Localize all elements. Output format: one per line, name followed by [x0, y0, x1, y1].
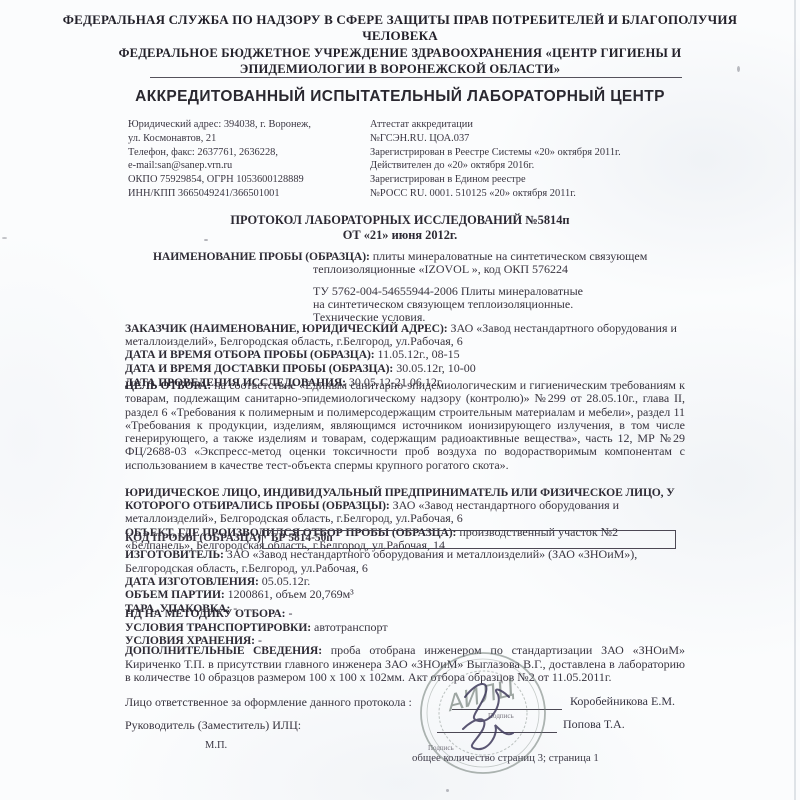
signature-caption: Подпись [488, 712, 514, 720]
header-separator-line [150, 77, 682, 78]
sample-code-label: КОД ПРОБЫ (ОБРАЗЦА) [125, 531, 261, 544]
sample-name-block: НАИМЕНОВАНИЕ ПРОБЫ (ОБРАЗЦА): плиты мине… [125, 250, 685, 325]
header-institution: ФЕДЕРАЛЬНОЕ БЮДЖЕТНОЕ УЧРЕЖДЕНИЕ ЗДРАВОО… [60, 46, 740, 77]
accreditation-line: Зарегистрирован в Едином реестре [370, 173, 710, 187]
sample-code-row: КОД ПРОБЫ (ОБРАЗЦА) БР 5814-50п [125, 530, 685, 548]
seal-place-mark: М.П. [205, 740, 227, 751]
protocol-title-block: ПРОТОКОЛ ЛАБОРАТОРНЫХ ИССЛЕДОВАНИЙ №5814… [60, 213, 740, 243]
address-line: Юридический адрес: 394038, г. Воронеж, [128, 118, 353, 132]
accreditation-line: Аттестат аккредитации [370, 118, 710, 132]
field-row: ЗАКАЗЧИК (НАИМЕНОВАНИЕ, ЮРИДИЧЕСКИЙ АДРЕ… [125, 322, 685, 348]
address-line: e-mail:san@sanep.vrn.ru [128, 159, 353, 173]
responsible-person-name: Коробейникова Е.М. [570, 694, 675, 709]
sample-name-label: НАИМЕНОВАНИЕ ПРОБЫ (ОБРАЗЦА): [153, 250, 370, 263]
signature-line [452, 709, 562, 710]
accreditation-line: №ГСЭН.RU. ЦОА.037 [370, 132, 710, 146]
manufacturer-block: ИЗГОТОВИТЕЛЬ: ЗАО «Завод нестандартного … [125, 548, 685, 616]
field-row: ИЗГОТОВИТЕЛЬ: ЗАО «Завод нестандартного … [125, 548, 685, 575]
address-line: ул. Космонавтов, 21 [128, 132, 353, 146]
address-line: ИНН/КПП 3665049241/366501001 [128, 187, 353, 201]
accreditation-line: Зарегистрирован в Реестре Системы «20» о… [370, 146, 710, 160]
protocol-date: ОТ «21» июня 2012г. [60, 228, 740, 243]
sampling-purpose-paragraph: ЦЕЛЬ ОТБОРА: на соответствие «Единым сан… [125, 379, 685, 472]
field-row: ДАТА И ВРЕМЯ ДОСТАВКИ ПРОБЫ (ОБРАЗЦА): 3… [125, 362, 685, 376]
field-row: НД НА МЕТОДИКУ ОТБОРА: - [125, 607, 685, 621]
scan-speck [2, 237, 7, 239]
signature-caption: Подпись [428, 744, 454, 752]
field-row: ДАТА И ВРЕМЯ ОТБОРА ПРОБЫ (ОБРАЗЦА): 11.… [125, 348, 685, 362]
accreditation-line: №РОСС RU. 0001. 510125 «20» октября 2011… [370, 187, 710, 201]
ilc-head-name: Попова Т.А. [563, 717, 625, 732]
address-line: ОКПО 75929854, ОГРН 1053600128889 [128, 173, 353, 187]
legal-address-block: Юридический адрес: 394038, г. Воронеж, у… [128, 118, 353, 201]
page-count-line: общее количество страниц 3; страница 1 [412, 752, 599, 764]
field-row: УСЛОВИЯ ТРАНСПОРТИРОВКИ: автотранспорт [125, 621, 685, 635]
field-row: ОБЪЕМ ПАРТИИ: 1200861, объем 20,769м³ [125, 588, 685, 602]
transport-storage-block: НД НА МЕТОДИКУ ОТБОРА: - УСЛОВИЯ ТРАНСПО… [125, 607, 685, 648]
lab-center-title: АККРЕДИТОВАННЫЙ ИСПЫТАТЕЛЬНЫЙ ЛАБОРАТОРН… [60, 88, 740, 106]
scanned-protocol-page: ФЕДЕРАЛЬНАЯ СЛУЖБА ПО НАДЗОРУ В СФЕРЕ ЗА… [0, 0, 800, 800]
scan-speck [446, 789, 449, 792]
accreditation-line: Действителен до «20» октября 2016г. [370, 159, 710, 173]
sample-name-line: теплоизоляционные «IZOVOL », код ОКП 576… [125, 263, 685, 276]
signature-line [437, 732, 557, 733]
scan-edge-artifact [794, 0, 796, 800]
field-row: ДАТА ИЗГОТОВЛЕНИЯ: 05.05.12г. [125, 575, 685, 589]
accreditation-block: Аттестат аккредитации №ГСЭН.RU. ЦОА.037 … [370, 118, 710, 201]
field-row: ЮРИДИЧЕСКОЕ ЛИЦО, ИНДИВИДУАЛЬНЫЙ ПРЕДПРИ… [125, 486, 685, 526]
additional-info-paragraph: ДОПОЛНИТЕЛЬНЫЕ СВЕДЕНИЯ: проба отобрана … [125, 644, 685, 684]
protocol-title: ПРОТОКОЛ ЛАБОРАТОРНЫХ ИССЛЕДОВАНИЙ №5814… [60, 213, 740, 228]
address-line: Телефон, факс: 2637761, 2636228, [128, 146, 353, 160]
header-agency: ФЕДЕРАЛЬНАЯ СЛУЖБА ПО НАДЗОРУ В СФЕРЕ ЗА… [60, 12, 740, 43]
